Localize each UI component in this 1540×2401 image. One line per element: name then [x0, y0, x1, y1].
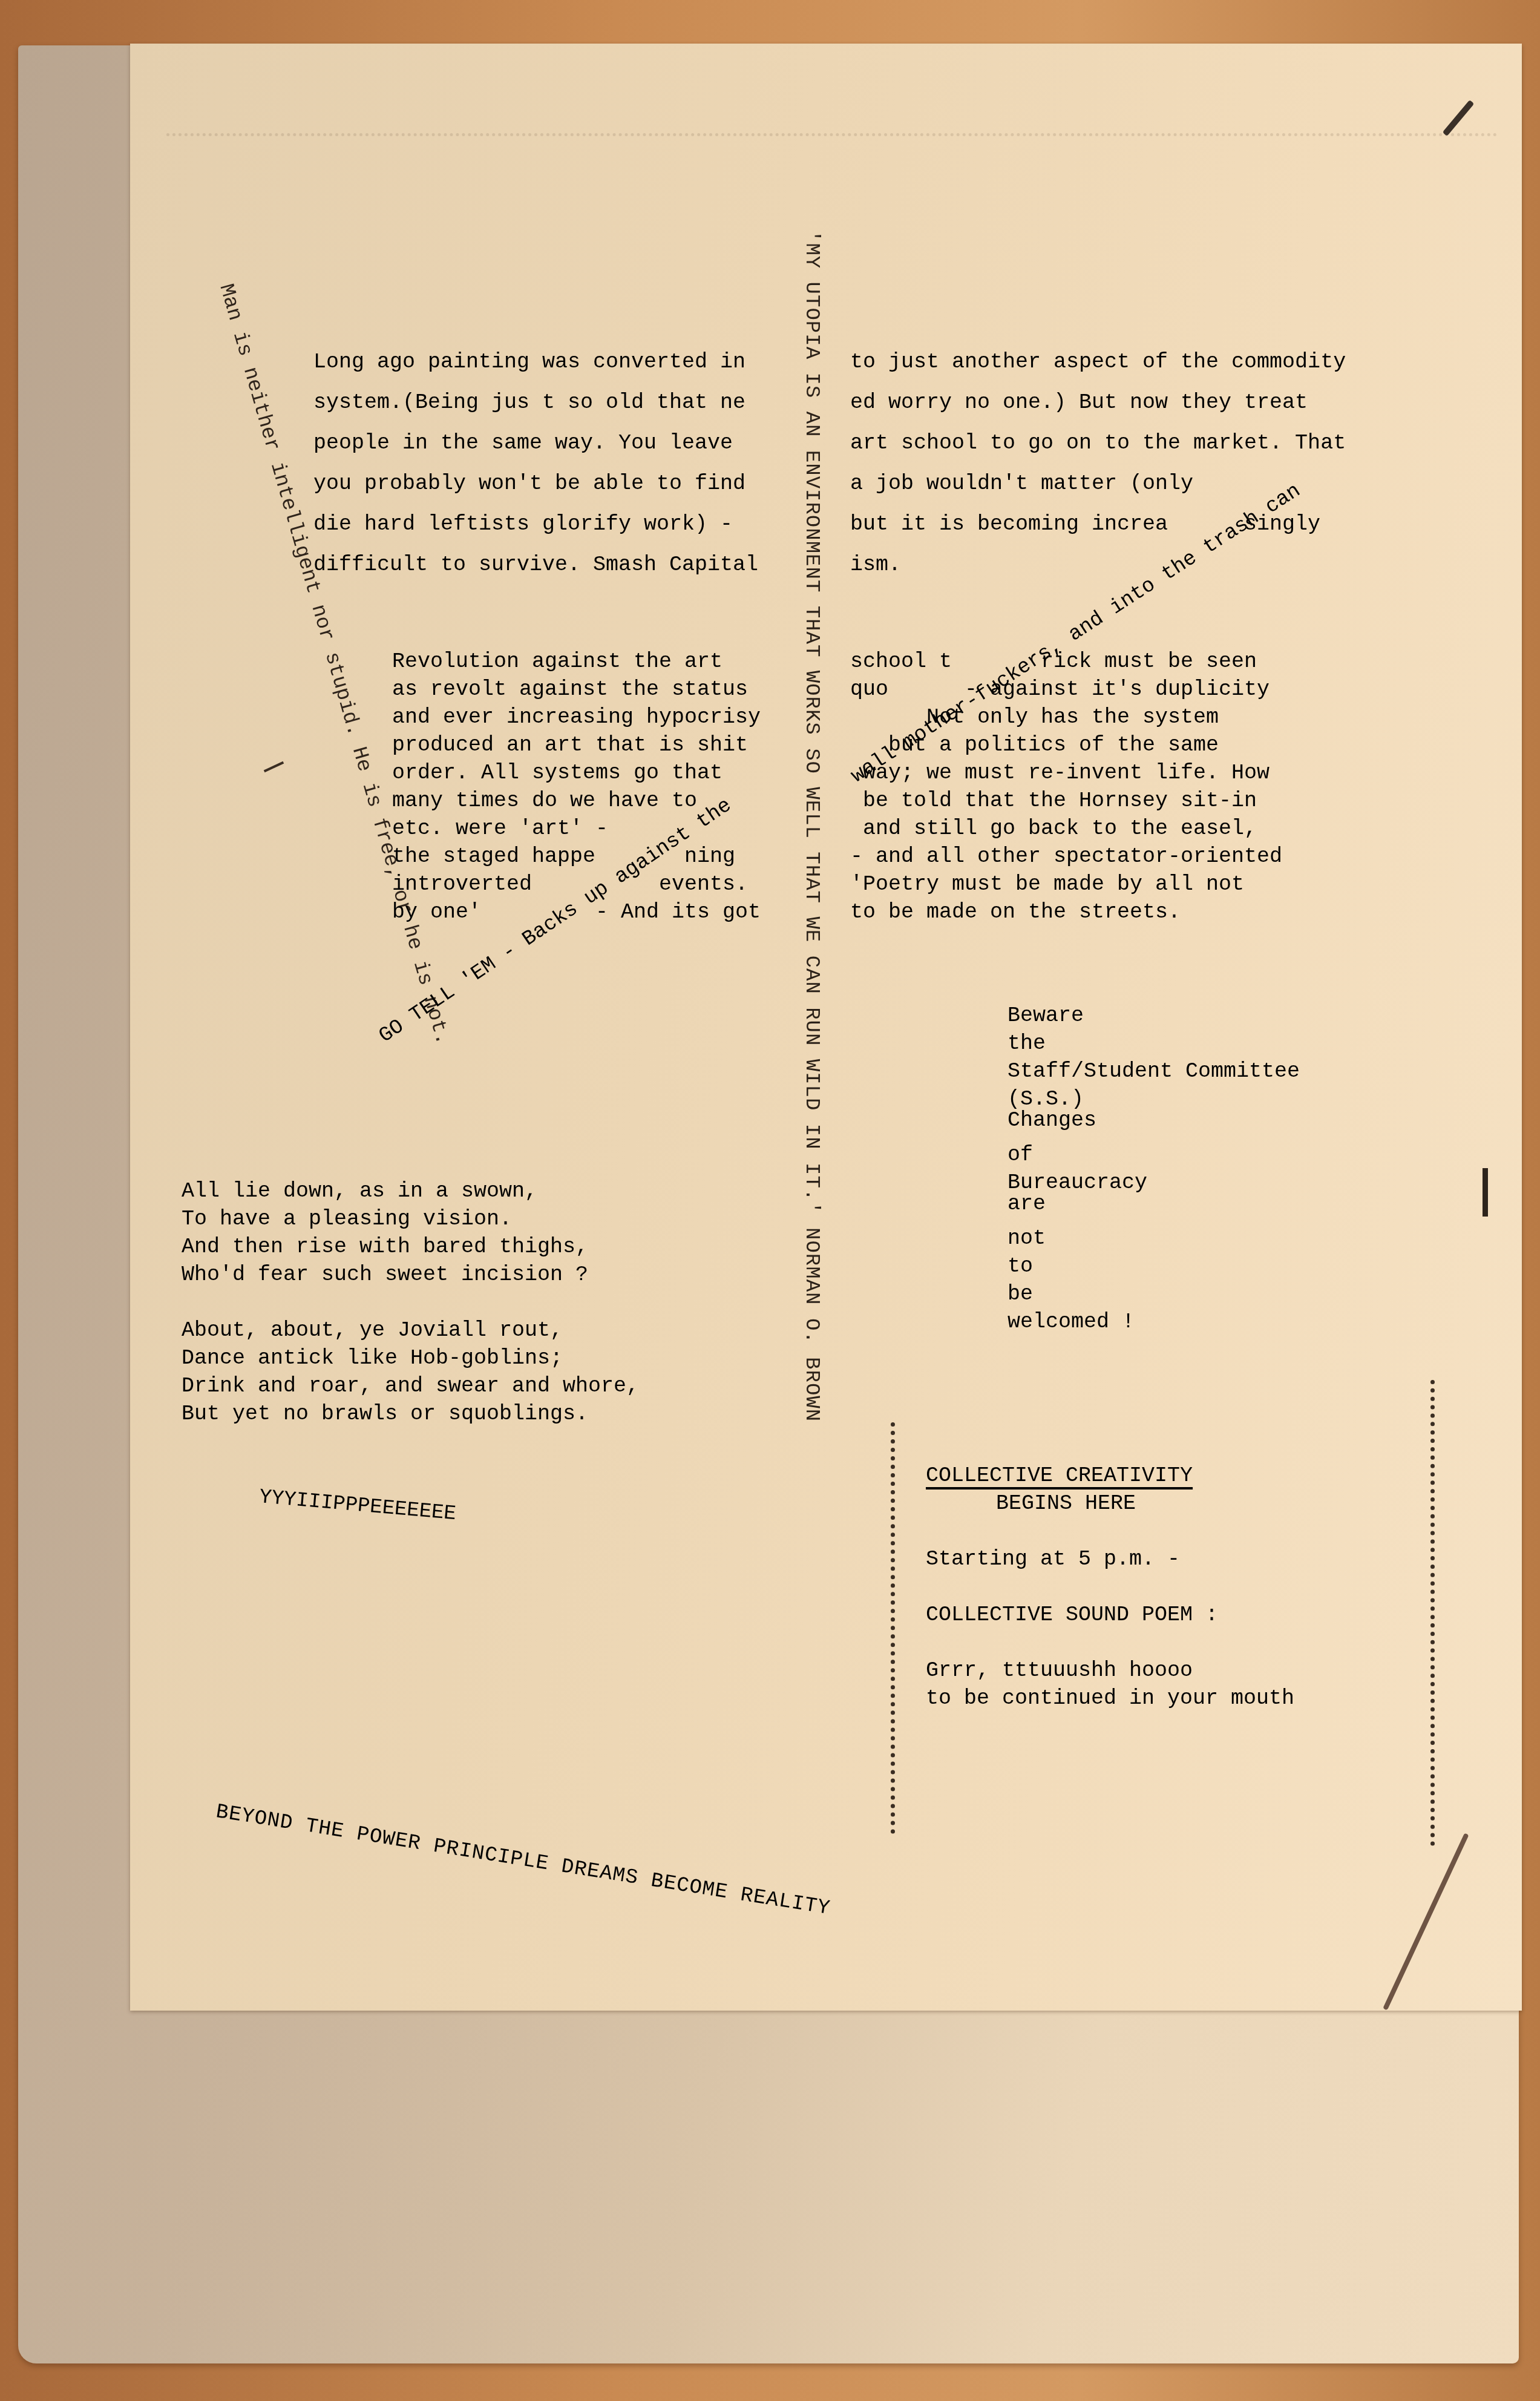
beware-line: of — [1008, 1141, 1300, 1169]
text-line: 'Poetry must be made by all not — [850, 870, 1282, 898]
left-column-mid: Revolution against the artas revolt agai… — [392, 648, 761, 926]
text-line: the staged happe ning — [392, 842, 761, 870]
poem-line: All lie down, as in a swown, — [182, 1177, 639, 1205]
text-line: you probably won't be able to find — [313, 464, 758, 504]
text-line: people in the same way. You leave — [313, 423, 758, 464]
beware-line: the — [1008, 1030, 1300, 1057]
sound-poem-label: COLLECTIVE SOUND POEM : — [926, 1601, 1294, 1629]
text-line: to be made on the streets. — [850, 898, 1282, 926]
dotted-border-left — [891, 1422, 895, 1834]
text-line: Long ago painting was converted in — [313, 342, 758, 383]
vertical-norman-brown-quote: 'MY UTOPIA IS AN ENVIRONMENT THAT WORKS … — [800, 230, 823, 1422]
sound-poem-line-2: to be continued in your mouth — [926, 1684, 1294, 1712]
beware-line: are — [1008, 1197, 1300, 1224]
collective-creativity-box: COLLECTIVE CREATIVITY BEGINS HERE Starti… — [926, 1462, 1294, 1712]
collective-subtitle: BEGINS HERE — [926, 1490, 1294, 1517]
text-line: and still go back to the easel, — [850, 815, 1282, 842]
poem-line: But yet no brawls or squoblings. — [182, 1400, 639, 1428]
beware-line: Staff/Student Committee — [1008, 1057, 1300, 1085]
poem: All lie down, as in a swown,To have a pl… — [182, 1177, 639, 1428]
right-column-mid: school t rick must be seenquo - against … — [850, 648, 1282, 926]
poem-line — [182, 1289, 639, 1316]
text-line: order. All systems go that — [392, 759, 761, 787]
poem-line: And then rise with bared thighs, — [182, 1233, 639, 1261]
beware-line: welcomed ! — [1008, 1308, 1300, 1336]
text-line: way; we must re-invent life. How — [850, 759, 1282, 787]
text-line: die hard leftists glorify work) - — [313, 504, 758, 545]
poem-line: Who'd fear such sweet incision ? — [182, 1261, 639, 1289]
text-line: Revolution against the art — [392, 648, 761, 675]
text-line: ed worry no one.) But now they treat — [850, 383, 1346, 423]
text-line: to just another aspect of the commodity — [850, 342, 1346, 383]
sound-poem-line-1: Grrr, tttuuushh hoooo — [926, 1657, 1294, 1684]
beware-line: to — [1008, 1252, 1300, 1280]
margin-bar-mark — [1483, 1168, 1488, 1217]
start-time: Starting at 5 p.m. - — [926, 1545, 1294, 1573]
beware-line: Changes — [1008, 1113, 1300, 1141]
beware-notice: BewaretheStaff/Student Committee(S.S.)Ch… — [1008, 1002, 1300, 1336]
text-line: be told that the Hornsey sit-in — [850, 787, 1282, 815]
left-column-top: Long ago painting was converted insystem… — [313, 342, 758, 585]
text-line: and ever increasing hypocrisy — [392, 703, 761, 731]
beware-line: Beware — [1008, 1002, 1300, 1030]
dotted-border-right — [1430, 1380, 1435, 1846]
beware-line: Bureaucracy — [1008, 1169, 1300, 1197]
text-line: difficult to survive. Smash Capital — [313, 545, 758, 585]
text-line: quo - against it's duplicity — [850, 675, 1282, 703]
text-line: as revolt against the status — [392, 675, 761, 703]
text-line: - and all other spectator-oriented — [850, 842, 1282, 870]
beware-line: be — [1008, 1280, 1300, 1308]
text-line: ism. — [850, 545, 1346, 585]
poem-line: To have a pleasing vision. — [182, 1205, 639, 1233]
beware-line: not — [1008, 1224, 1300, 1252]
poem-line: Dance antick like Hob-goblins; — [182, 1344, 639, 1372]
text-line: system.(Being jus t so old that ne — [313, 383, 758, 423]
perforation-dots — [166, 133, 1498, 136]
pen-mark — [1443, 100, 1475, 136]
poem-line: Drink and roar, and swear and whore, — [182, 1372, 639, 1400]
text-line: art school to go on to the market. That — [850, 423, 1346, 464]
manifesto-sheet — [130, 44, 1522, 2011]
text-line: produced an art that is shit — [392, 731, 761, 759]
collective-title: COLLECTIVE CREATIVITY — [926, 1462, 1294, 1490]
poem-line: About, about, ye Joviall rout, — [182, 1316, 639, 1344]
right-column-top: to just another aspect of the commoditye… — [850, 342, 1346, 585]
